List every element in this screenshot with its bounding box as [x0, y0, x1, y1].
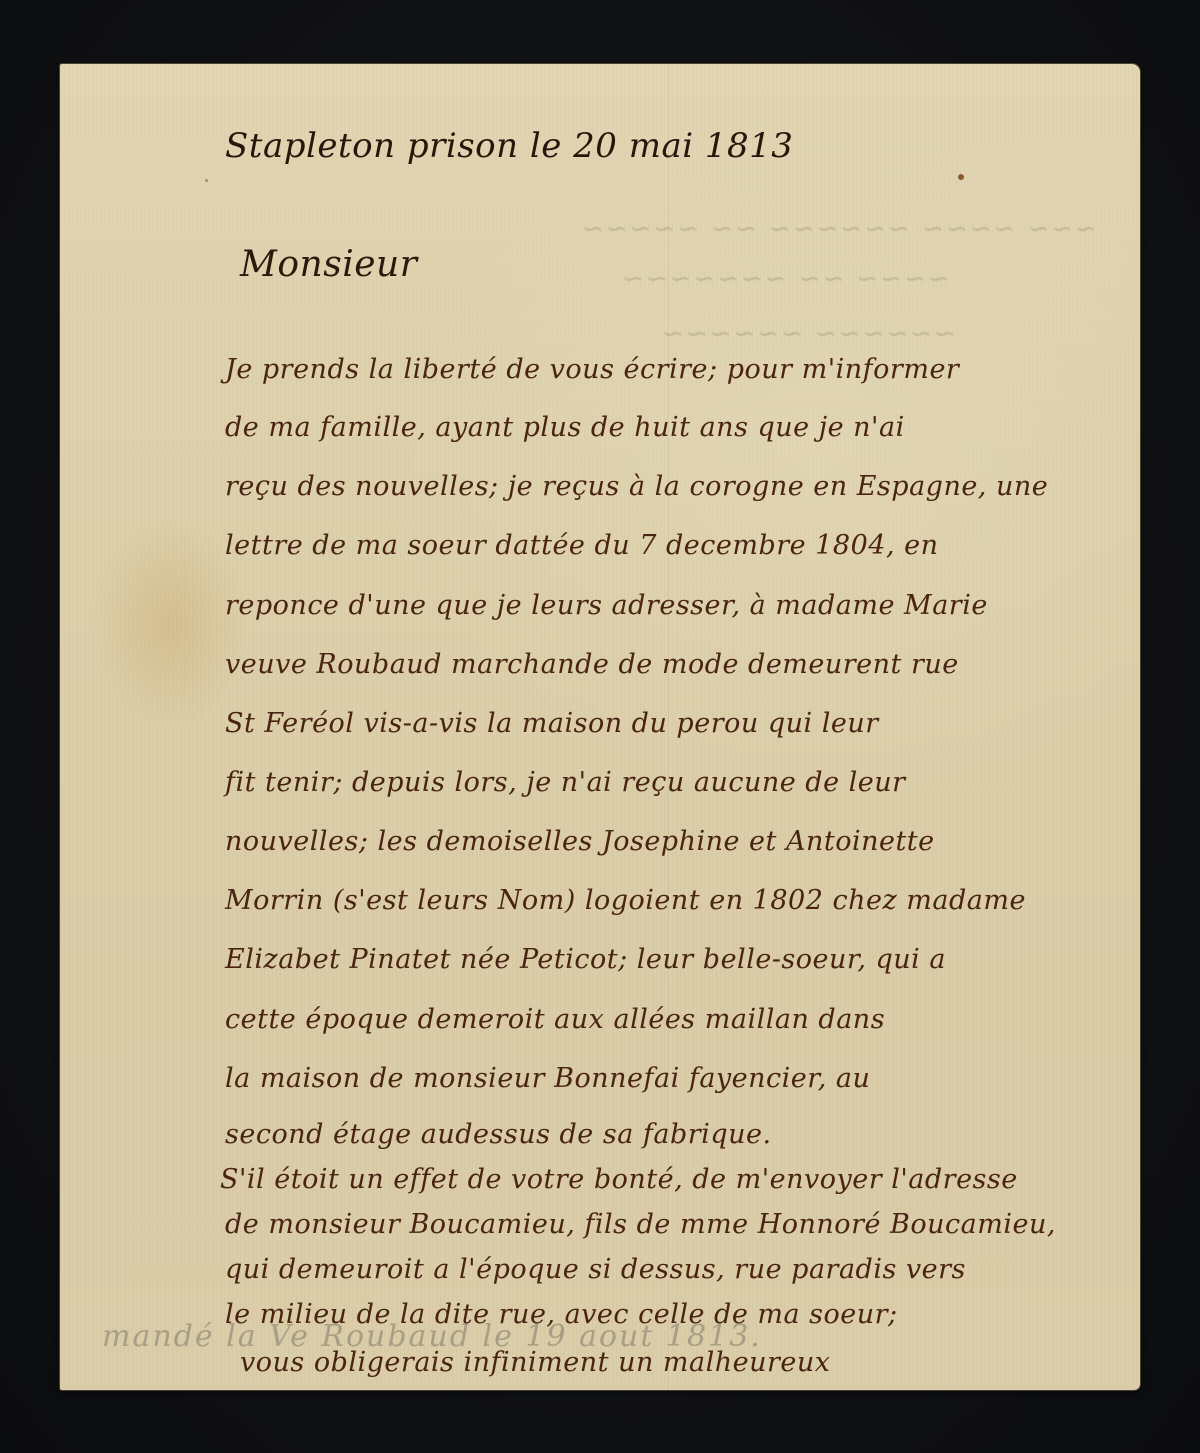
- pencil-annotation: mandé la Ve Roubaud le 19 aout 1813.: [102, 1319, 762, 1354]
- letter-line: la maison de monsieur Bonnefai fayencier…: [225, 1063, 870, 1094]
- letter-line: second étage audessus de sa fabrique.: [225, 1119, 772, 1150]
- letter-line: Morrin (s'est leurs Nom) logoient en 180…: [225, 885, 1026, 916]
- bleed-through-ink: ~~~~~~ ~~~~~~: [660, 319, 956, 349]
- letter-line: veuve Roubaud marchande de mode demeuren…: [225, 649, 959, 680]
- letter-line: fit tenir; depuis lors, je n'ai reçu auc…: [225, 767, 906, 798]
- letter-line: Elizabet Pinatet née Peticot; leur belle…: [225, 944, 946, 975]
- letter-line: de monsieur Boucamieu, fils de mme Honno…: [225, 1209, 1056, 1240]
- letter-line: cette époque demeroit aux allées maillan…: [225, 1004, 885, 1035]
- letter-line: lettre de ma soeur dattée du 7 decembre …: [225, 530, 938, 561]
- bleed-through-ink: ~~~ ~~~~ ~~~~~~ ~~ ~~~~~: [580, 214, 1097, 244]
- letter-line: reçu des nouvelles; je reçus à la corogn…: [225, 471, 1048, 502]
- letter-line: de ma famille, ayant plus de huit ans qu…: [225, 412, 905, 443]
- ink-spot: [205, 179, 208, 182]
- letter-line: S'il étoit un effet de votre bonté, de m…: [220, 1164, 1018, 1195]
- letter-salutation: Monsieur: [240, 244, 417, 285]
- letter-line: nouvelles; les demoiselles Josephine et …: [225, 826, 935, 857]
- letter-line: reponce d'une que je leurs adresser, à m…: [225, 590, 988, 621]
- letter-heading: Stapleton prison le 20 mai 1813: [225, 126, 793, 166]
- letter-line: St Feréol vis-a-vis la maison du perou q…: [225, 708, 879, 739]
- letter-line: qui demeuroit a l'époque si dessus, rue …: [225, 1254, 966, 1285]
- bleed-through-ink: ~~~~ ~~ ~~~~~~~: [620, 264, 950, 294]
- letter-paper: ~~~ ~~~~ ~~~~~~ ~~ ~~~~~ ~~~~ ~~ ~~~~~~~…: [60, 64, 1140, 1390]
- ink-spot: [958, 174, 964, 180]
- letter-line: Je prends la liberté de vous écrire; pou…: [225, 354, 959, 385]
